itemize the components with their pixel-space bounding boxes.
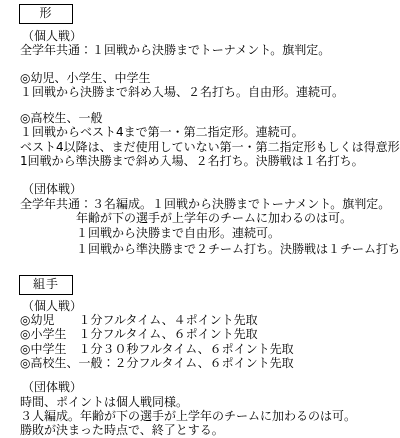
- kata-rule-line: ベスト4以降は、まだ使用していない第一・第二指定形もしくは得意形。: [20, 140, 400, 154]
- kumite-rule-row-preschool: ◎幼児 １分フルタイム、４ポイント先取: [20, 313, 400, 327]
- kata-team-rule-line: １回戦から準決勝まで２チーム打ち。決勝戦は１チーム打ち。: [76, 242, 400, 256]
- kata-section-title-box: 形: [19, 4, 73, 24]
- kata-rule-line: １回戦から決勝まで斜め入場、２名打ち。自由形。連続可。: [20, 85, 400, 99]
- kata-section: 形 （個人戦） 全学年共通：１回戦から決勝までトーナメント。旗判定。 ◎幼児、小…: [0, 4, 400, 256]
- kata-team-rule-line: 年齢が下の選手が上学年のチームに加わるのは可。: [76, 211, 400, 225]
- kumite-team-label: （団体戦）: [22, 380, 400, 394]
- kata-team-label: （団体戦）: [22, 182, 400, 196]
- kata-rule-line: 1回戦から準決勝まで斜め入場、２名打ち。決勝戦は１名打ち。: [20, 154, 400, 168]
- kumite-section: 組手 （個人戦） ◎幼児 １分フルタイム、４ポイント先取 ◎小学生 １分フルタイ…: [0, 256, 400, 438]
- kumite-rule-row-senior: ◎高校生、一般：２分フルタイム、６ポイント先取: [20, 356, 400, 370]
- kata-rule-line: １回戦からベスト4まで第一・第二指定形。連続可。: [20, 125, 400, 139]
- kumite-rule-row-juniorhigh: ◎中学生 １分３０秒フルタイム、６ポイント先取: [20, 342, 400, 356]
- kumite-rule-row-elementary: ◎小学生 １分フルタイム、６ポイント先取: [20, 327, 400, 341]
- kumite-section-title: 組手: [33, 277, 59, 291]
- kumite-team-rule-line: 勝敗が決まった時点で、終了とする。: [20, 423, 400, 437]
- kata-group-heading-young: ◎幼児、小学生、中学生: [20, 71, 400, 85]
- kata-team-rule-line: １回戦から決勝まで自由形。連続可。: [76, 226, 400, 240]
- kumite-section-title-box: 組手: [19, 275, 73, 295]
- kata-individual-common-rule: 全学年共通：１回戦から決勝までトーナメント。旗判定。: [20, 43, 400, 57]
- kumite-individual-label: （個人戦）: [22, 299, 400, 313]
- kata-group-heading-senior: ◎高校生、一般: [20, 111, 400, 125]
- document-page: 形 （個人戦） 全学年共通：１回戦から決勝までトーナメント。旗判定。 ◎幼児、小…: [0, 0, 400, 438]
- kumite-team-rule-line: ３人編成。年齢が下の選手が上学年のチームに加わるのは可。: [20, 409, 400, 423]
- kata-team-common-rule: 全学年共通：３名編成。１回戦から決勝までトーナメント。旗判定。: [20, 197, 400, 211]
- kata-section-title: 形: [39, 6, 52, 20]
- kata-individual-label: （個人戦）: [22, 29, 400, 43]
- kumite-team-rule-line: 時間、ポイントは個人戦同様。: [20, 395, 400, 409]
